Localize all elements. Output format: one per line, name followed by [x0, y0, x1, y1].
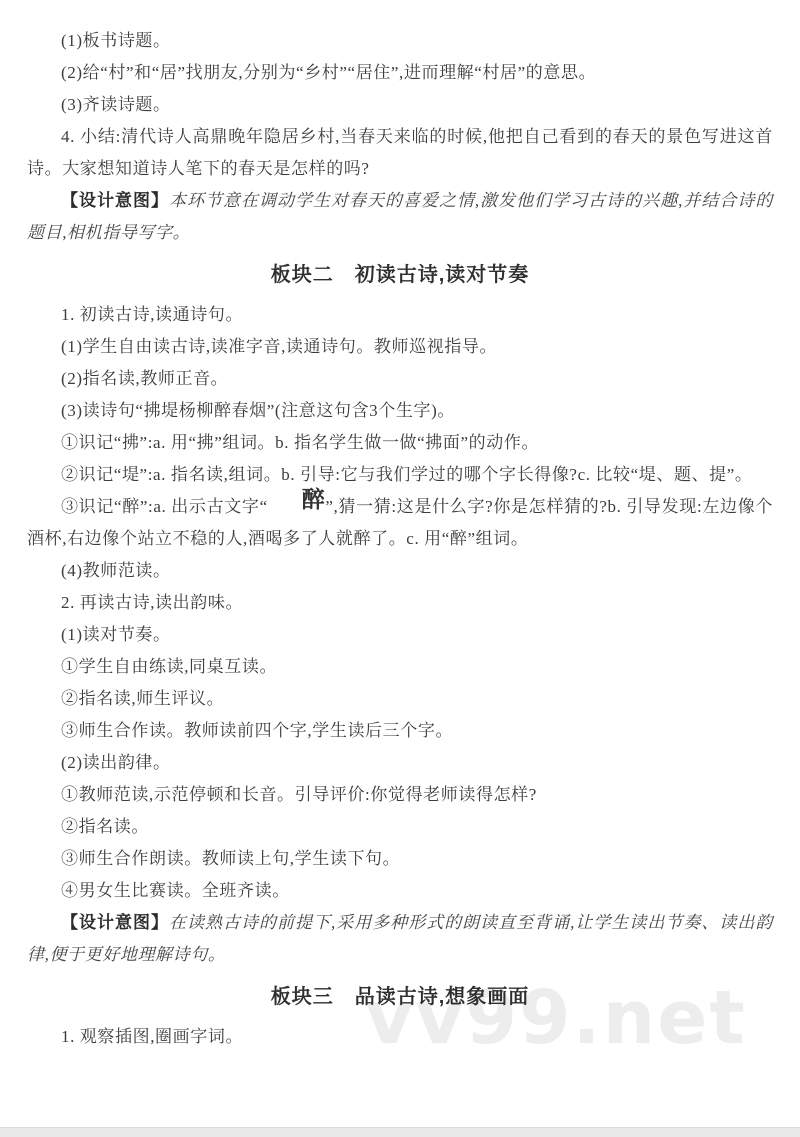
paragraph: (3)读诗句“拂堤杨柳醉春烟”(注意这句含3个生字)。	[27, 395, 773, 427]
paragraph: (2)指名读,教师正音。	[27, 363, 773, 395]
paragraph: 1. 初读古诗,读通诗句。	[27, 299, 773, 331]
page-bottom-edge	[0, 1127, 800, 1137]
paragraph: (2)读出韵律。	[27, 747, 773, 779]
paragraph: (1)读对节奏。	[27, 619, 773, 651]
section-heading-3: 板块三 品读古诗,想象画面	[27, 982, 773, 1012]
design-note: 【设计意图】在读熟古诗的前提下,采用多种形式的朗读直至背诵,让学生读出节奏、读出…	[27, 907, 773, 971]
paragraph: (3)齐读诗题。	[27, 89, 773, 121]
design-note-label: 【设计意图】	[61, 191, 169, 210]
paragraph: 4. 小结:清代诗人高鼎晚年隐居乡村,当春天来临的时候,他把自己看到的春天的景色…	[27, 121, 773, 185]
paragraph: ①学生自由练读,同桌互读。	[27, 651, 773, 683]
paragraph: ②指名读,师生评议。	[27, 683, 773, 715]
paragraph: (1)板书诗题。	[27, 25, 773, 57]
paragraph: ②识记“堤”:a. 指名读,组词。b. 引导:它与我们学过的哪个字长得像?c. …	[27, 459, 773, 491]
design-note-label: 【设计意图】	[61, 913, 169, 932]
paragraph: ③师生合作读。教师读前四个字,学生读后三个字。	[27, 715, 773, 747]
paragraph: ①教师范读,示范停顿和长音。引导评价:你觉得老师读得怎样?	[27, 779, 773, 811]
paragraph: ②指名读。	[27, 811, 773, 843]
paragraph: ④男女生比赛读。全班齐读。	[27, 875, 773, 907]
design-note: 【设计意图】本环节意在调动学生对春天的喜爱之情,激发他们学习古诗的兴趣,并结合诗…	[27, 185, 773, 249]
paragraph-text: ③识记“醉”:a. 出示古文字“	[61, 497, 268, 516]
section-heading-2: 板块二 初读古诗,读对节奏	[27, 260, 773, 290]
document-page: (1)板书诗题。 (2)给“村”和“居”找朋友,分别为“乡村”“居住”,进而理解…	[0, 0, 800, 1137]
paragraph: 2. 再读古诗,读出韵味。	[27, 587, 773, 619]
paragraph: 1. 观察插图,圈画字词。	[27, 1021, 773, 1053]
document-viewer: { "watermark": { "text": "vv99.net", "co…	[0, 0, 800, 1137]
paragraph: (2)给“村”和“居”找朋友,分别为“乡村”“居住”,进而理解“村居”的意思。	[27, 57, 773, 89]
paragraph: (1)学生自由读古诗,读准字音,读通诗句。教师巡视指导。	[27, 331, 773, 363]
paragraph-with-ancient-glyph: ③识记“醉”:a. 出示古文字“醉”,猜一猜:这是什么字?你是怎样猜的?b. 引…	[27, 491, 773, 555]
ancient-character-glyph: 醉	[268, 488, 326, 511]
paragraph: (4)教师范读。	[27, 555, 773, 587]
paragraph: ①识记“拂”:a. 用“拂”组词。b. 指名学生做一做“拂面”的动作。	[27, 427, 773, 459]
paragraph: ③师生合作朗读。教师读上句,学生读下句。	[27, 843, 773, 875]
